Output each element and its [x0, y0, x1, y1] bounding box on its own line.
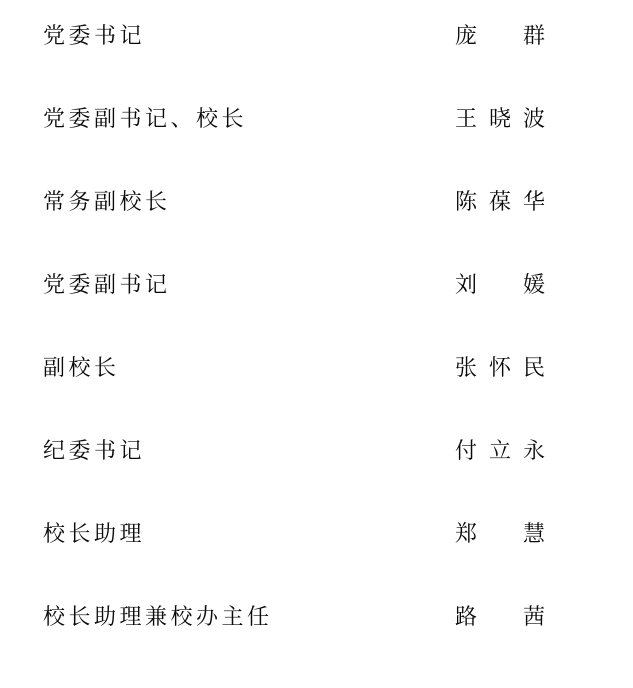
- person-name: 付立永: [455, 440, 545, 462]
- role-label: 纪委书记: [43, 440, 145, 462]
- person-name: 路茜: [455, 606, 545, 628]
- role-label: 党委副书记、校长: [43, 108, 247, 130]
- leadership-row: 校长助理 郑慧: [0, 498, 633, 581]
- leadership-row: 党委副书记、校长 王晓波: [0, 83, 633, 166]
- leadership-row: 副校长 张怀民: [0, 332, 633, 415]
- leadership-row: 校长助理兼校办主任 路茜: [0, 581, 633, 664]
- role-label: 校长助理: [43, 523, 145, 545]
- person-name: 郑慧: [455, 523, 545, 545]
- leadership-list: 党委书记 庞群 党委副书记、校长 王晓波 常务副校长 陈葆华 党委副书记 刘媛 …: [0, 0, 633, 688]
- leadership-row: 纪委书记 付立永: [0, 415, 633, 498]
- person-name: 张怀民: [455, 357, 545, 379]
- person-name: 陈葆华: [455, 191, 545, 213]
- role-label: 副校长: [43, 357, 120, 379]
- person-name: 庞群: [455, 25, 545, 47]
- person-name: 刘媛: [455, 274, 545, 296]
- role-label: 党委书记: [43, 25, 145, 47]
- role-label: 党委副书记: [43, 274, 171, 296]
- person-name: 王晓波: [455, 108, 545, 130]
- leadership-row: 常务副校长 陈葆华: [0, 166, 633, 249]
- role-label: 常务副校长: [43, 191, 171, 213]
- role-label: 校长助理兼校办主任: [43, 606, 273, 628]
- leadership-row: 党委书记 庞群: [0, 0, 633, 83]
- leadership-row: 党委副书记 刘媛: [0, 249, 633, 332]
